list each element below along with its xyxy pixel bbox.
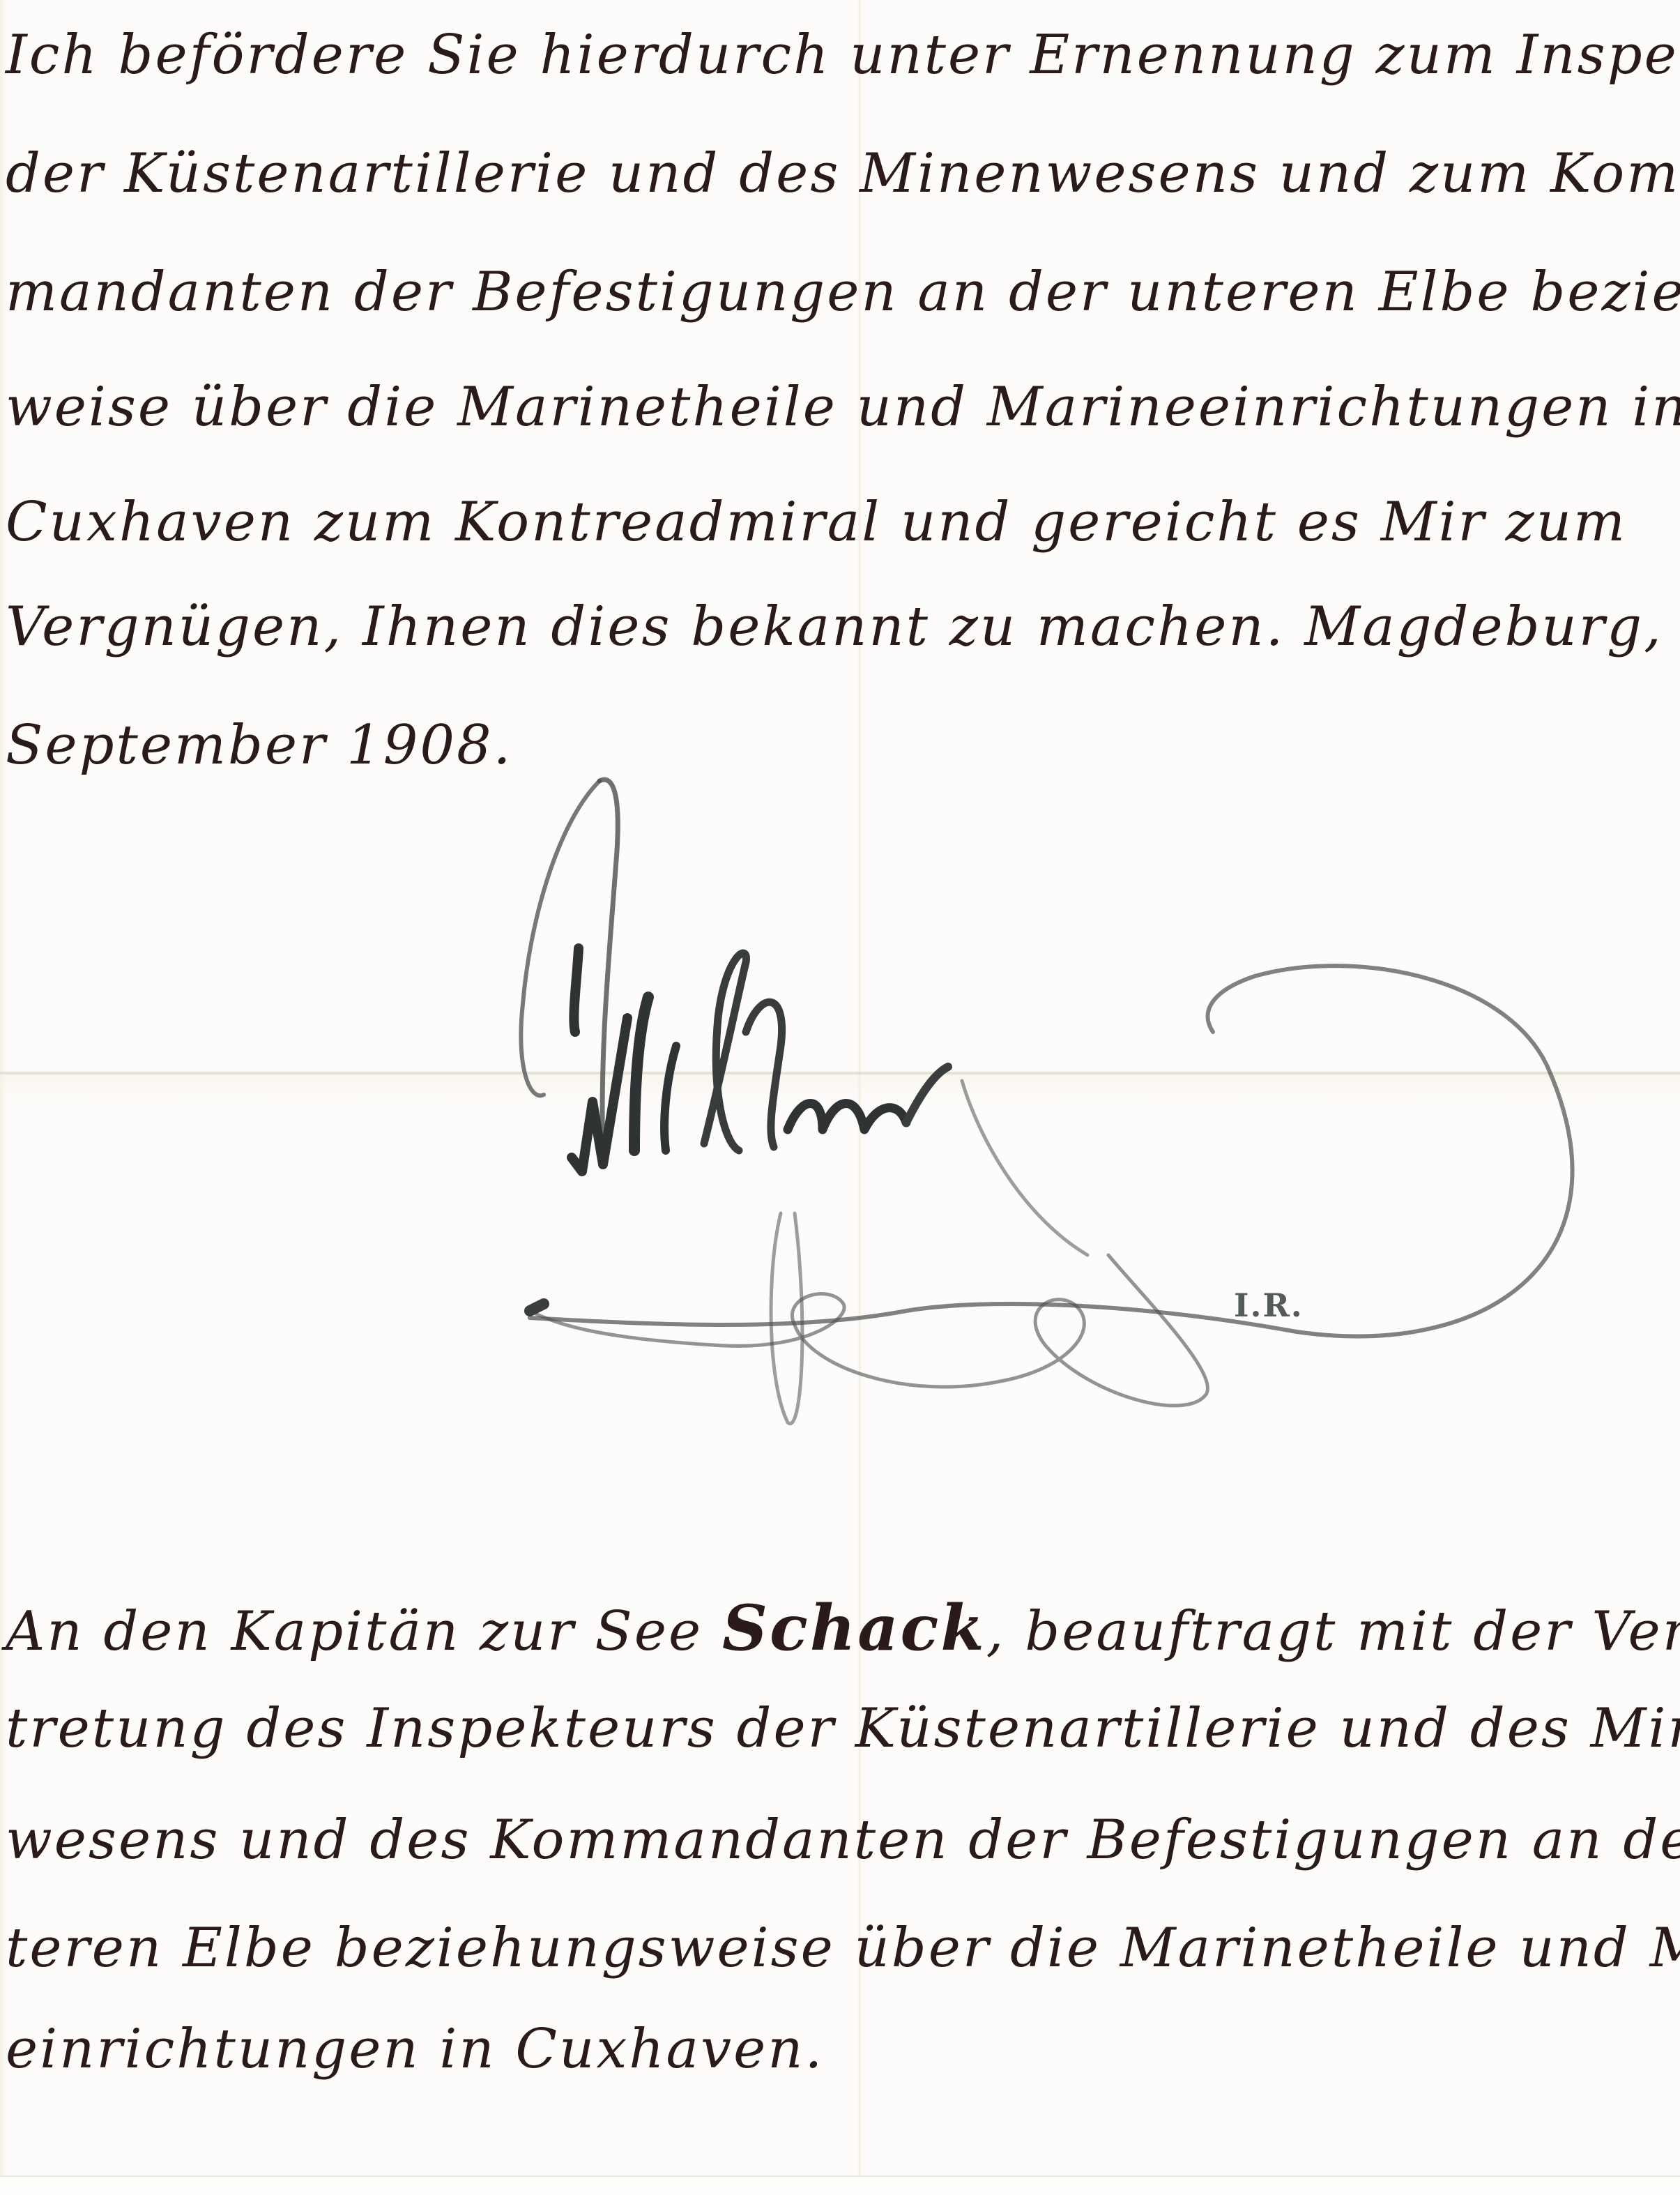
signature-block: Wilhelm I.R.	[516, 767, 1631, 1429]
body-line-2: der Küstenartillerie und des Minenwesens…	[6, 146, 1680, 201]
address-line-1-before: An den Kapitän zur See	[6, 1600, 722, 1663]
body-line-5: Cuxhaven zum Kontreadmiral und gereicht …	[6, 495, 1627, 549]
body-line-date: September 1908.	[6, 718, 512, 773]
signature-initials: I.R.	[1234, 1286, 1304, 1324]
signature-flourish-icon	[516, 767, 1631, 1429]
body-line-1: Ich befördere Sie hierdurch unter Ernenn…	[6, 28, 1680, 82]
body-line-6: Vergnügen, Ihnen dies bekannt zu machen.…	[6, 600, 1680, 654]
address-line-4: teren Elbe beziehungsweise über die Mari…	[6, 1921, 1680, 1975]
address-line-3: wesens und des Kommandanten der Befestig…	[6, 1813, 1680, 1867]
document-page: Ich befördere Sie hierdurch unter Ernenn…	[0, 0, 1680, 2175]
address-line-1: An den Kapitän zur See Schack, beauftrag…	[6, 1597, 1680, 1659]
body-line-4: weise über die Marinetheile und Marineei…	[6, 380, 1680, 434]
scan-bottom-margin	[0, 2175, 1680, 2195]
body-line-3: mandanten der Befestigungen an der unter…	[6, 265, 1680, 319]
recipient-name: Schack	[722, 1591, 986, 1665]
address-line-5: einrichtungen in Cuxhaven.	[6, 2022, 824, 2076]
address-line-1-after: , beauftragt mit der Ver-	[986, 1600, 1680, 1663]
address-line-2: tretung des Inspekteurs der Küstenartill…	[6, 1701, 1680, 1756]
